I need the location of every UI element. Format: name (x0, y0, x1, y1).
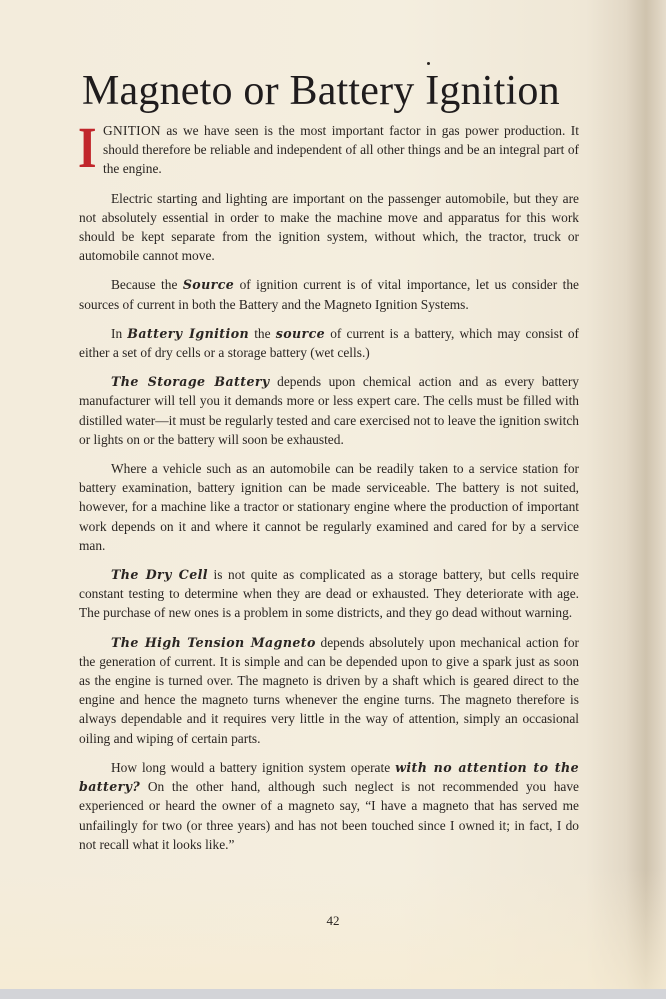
article-body: IGNITION as we have seen is the most imp… (79, 121, 579, 864)
scan-background-edge (0, 989, 666, 999)
paragraph-text: In (111, 326, 127, 341)
paragraph-battery-ignition: In Battery Ignition the source of curren… (79, 324, 579, 362)
paragraph-text: On the other hand, although such neglect… (79, 779, 579, 852)
paragraph-text: the (249, 326, 276, 341)
paragraph-dry-cell: The Dry Cell is not quite as complicated… (79, 565, 579, 623)
lead-word: GNITION (103, 123, 161, 138)
paragraph-text: Where a vehicle such as an automobile ca… (79, 461, 579, 553)
page-number: 42 (0, 913, 666, 929)
paragraph-text: as we have seen is the most important fa… (103, 123, 579, 176)
emphasis: The Storage Battery (111, 374, 270, 389)
paragraph-text: depends absolutely upon mechanical actio… (79, 635, 579, 746)
paragraph-text: Because the (111, 277, 183, 292)
drop-cap: I (78, 125, 93, 173)
emphasis: Source (183, 277, 234, 292)
paragraph-how-long: How long would a battery ignition system… (79, 758, 579, 854)
emphasis: The High Tension Magneto (111, 635, 316, 650)
paragraph-storage-battery: The Storage Battery depends upon chemica… (79, 372, 579, 449)
emphasis: The Dry Cell (111, 567, 208, 582)
emphasis: Battery Ignition (127, 326, 249, 341)
paragraph-source: Because the Source of ignition current i… (79, 275, 579, 313)
paragraph-intro: IGNITION as we have seen is the most imp… (79, 121, 579, 179)
ink-speck (427, 62, 430, 65)
paragraph-electric-starting: Electric starting and lighting are impor… (79, 189, 579, 266)
paragraph-vehicle-service: Where a vehicle such as an automobile ca… (79, 459, 579, 555)
paragraph-text: Electric starting and lighting are impor… (79, 191, 579, 264)
paragraph-text: How long would a battery ignition system… (111, 760, 395, 775)
paragraph-high-tension-magneto: The High Tension Magneto depends absolut… (79, 633, 579, 748)
page-title: Magneto or Battery Ignition (82, 66, 582, 116)
emphasis: source (276, 326, 325, 341)
